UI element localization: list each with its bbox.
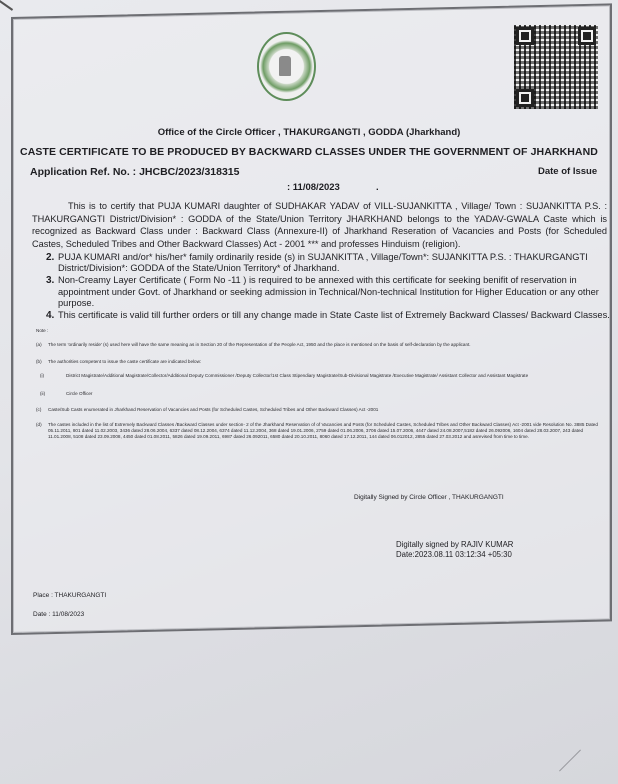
note-text: Caste/Sub Casts enumerated in Jharkhand …: [48, 407, 378, 413]
signed-by-office: Digitally Signed by Circle Officer , THA…: [354, 494, 504, 501]
clause-number: 2.: [46, 252, 58, 274]
clause-number: 3.: [46, 275, 58, 309]
clause-item: 4.This certificate is valid till further…: [46, 310, 611, 321]
note-label: (c): [36, 407, 48, 413]
certificate-title: CASTE CERTIFICATE TO BE PRODUCED BY BACK…: [0, 146, 618, 158]
note-text: The castes included in the list of Extre…: [48, 422, 606, 440]
qr-finder: [516, 27, 534, 45]
note-b: (b)The authorities competent to issue th…: [36, 359, 606, 365]
date-of-issue-label: Date of Issue: [538, 166, 597, 177]
qr-finder: [578, 27, 596, 45]
note-text: Circle Officer: [66, 391, 92, 397]
place: Place : THAKURGANGTI: [33, 592, 106, 599]
note-text: District Magistrate/Additional Magistrat…: [66, 373, 528, 379]
application-ref: Application Ref. No. : JHCBC/2023/318315: [30, 166, 239, 178]
office-heading: Office of the Circle Officer , THAKURGAN…: [0, 127, 618, 138]
corner-mark: [0, 0, 13, 11]
clause-text: This certificate is valid till further o…: [58, 310, 611, 321]
stray-dot: .: [376, 182, 379, 193]
qr-finder: [516, 89, 534, 107]
note-b-ii: (ii)Circle Officer: [36, 391, 606, 397]
state-emblem-icon: [257, 32, 316, 101]
clause-text: Non-Creamy Layer Certificate ( Form No -…: [58, 275, 611, 309]
note-label: (b): [36, 359, 48, 365]
note-label: (a): [36, 342, 48, 348]
footer-date: Date : 11/08/2023: [33, 611, 84, 618]
date-of-issue-value: : 11/08/2023: [287, 182, 340, 193]
clause-item: 2.PUJA KUMARI and/or* his/her* family or…: [46, 252, 611, 274]
clause-item: 3.Non-Creamy Layer Certificate ( Form No…: [46, 275, 611, 309]
note-label: (i): [40, 373, 66, 379]
note-c: (c)Caste/Sub Casts enumerated in Jharkha…: [36, 407, 606, 413]
note-label: (ii): [40, 391, 66, 397]
clause-number: 4.: [46, 310, 58, 321]
notes-heading: Note :: [36, 328, 606, 334]
note-text: The authorities competent to issue the c…: [48, 359, 201, 365]
notes-section: Note : (a)The term 'ordinarily reside' (…: [36, 328, 606, 440]
signed-date: Date:2023.08.11 03:12:34 +05:30: [396, 550, 513, 560]
certificate-clauses: 2.PUJA KUMARI and/or* his/her* family or…: [46, 252, 611, 322]
paper-fold-mark: [559, 750, 581, 772]
signed-by-person: Digitally signed by RAJIV KUMAR: [396, 540, 513, 550]
clause-text: PUJA KUMARI and/or* his/her* family ordi…: [58, 252, 611, 274]
note-d: (d)The castes included in the list of Ex…: [36, 422, 606, 440]
note-b-i: (i)District Magistrate/Additional Magist…: [36, 373, 606, 379]
qr-code-icon[interactable]: [514, 25, 598, 109]
note-text: The term 'ordinarily reside' (s) used he…: [48, 342, 471, 348]
certification-paragraph: This is to certify that PUJA KUMARI daug…: [32, 200, 607, 250]
certification-text: This is to certify that PUJA KUMARI daug…: [32, 201, 607, 249]
emblem-lion-capital: [279, 56, 291, 76]
note-a: (a)The term 'ordinarily reside' (s) used…: [36, 342, 606, 348]
note-label: (d): [36, 422, 48, 440]
digital-signature: Digitally signed by RAJIV KUMAR Date:202…: [396, 540, 513, 560]
